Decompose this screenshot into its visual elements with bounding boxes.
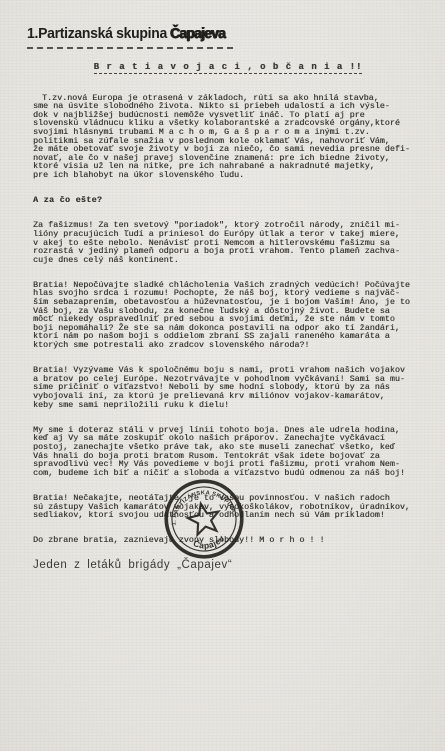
unit-name: 1.Partizanská skupina [27, 25, 167, 42]
photo-caption: Jeden z letáků brigády „Čapajev“ [33, 559, 232, 571]
paragraph: Za fašizmus! Za ten svetový "poriadok", … [33, 221, 425, 264]
stamp-seal: 1. PARTIZÁNSKA SKUPINA Čapajev [163, 478, 245, 560]
document-header: 1.Partizanská skupinaČapajeva [27, 26, 225, 42]
star-icon [186, 501, 223, 537]
paragraph: Bratia! Vyzývame Vás k spoločnému boju s… [33, 366, 425, 409]
header-dashed-underline [27, 47, 233, 49]
paragraph: My sme i doteraz stáli v prvej línii toh… [33, 426, 425, 478]
section-question: A za čo ešte? [33, 196, 425, 205]
unit-name-capajev: Čapajeva [170, 25, 225, 42]
paragraph: T.zv.nová Europa je otrasená v základoch… [33, 94, 425, 180]
paragraph: Bratia! Nepočúvajte sladké chlácholenia … [33, 281, 425, 350]
scanned-leaflet-page: 1.Partizanská skupinaČapajeva B r a t i … [0, 0, 445, 751]
document-title: B r a t i a v o j a c i , o b č a n i a … [33, 62, 423, 72]
